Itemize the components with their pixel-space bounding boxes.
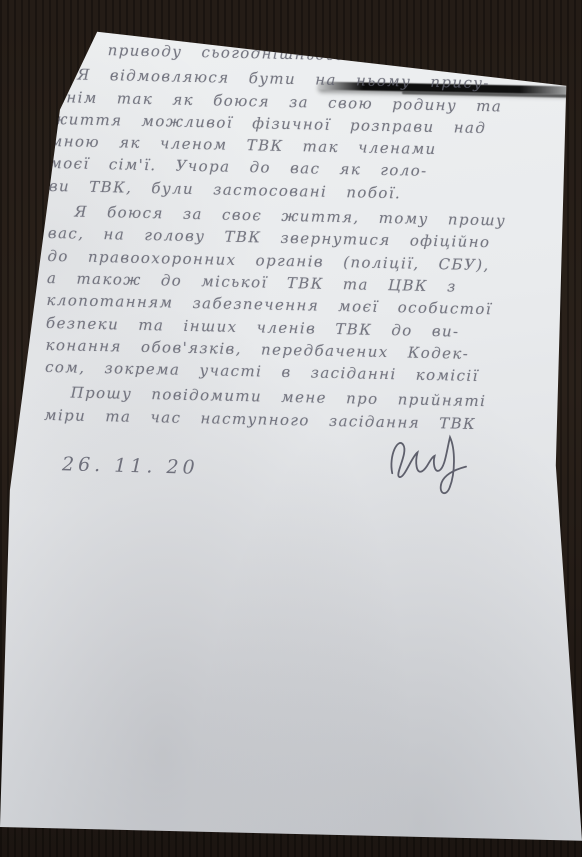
signature-flourish <box>381 428 475 503</box>
handwriting-block: З приводу сьогоднішнього дня, 26. 11. 20… <box>44 38 558 437</box>
handwritten-date: 26. 11. 20 <box>62 453 199 479</box>
paper-sheet: З приводу сьогоднішнього дня, 26. 11. 20… <box>0 0 582 857</box>
photo-of-document: З приводу сьогоднішнього дня, 26. 11. 20… <box>0 0 582 857</box>
